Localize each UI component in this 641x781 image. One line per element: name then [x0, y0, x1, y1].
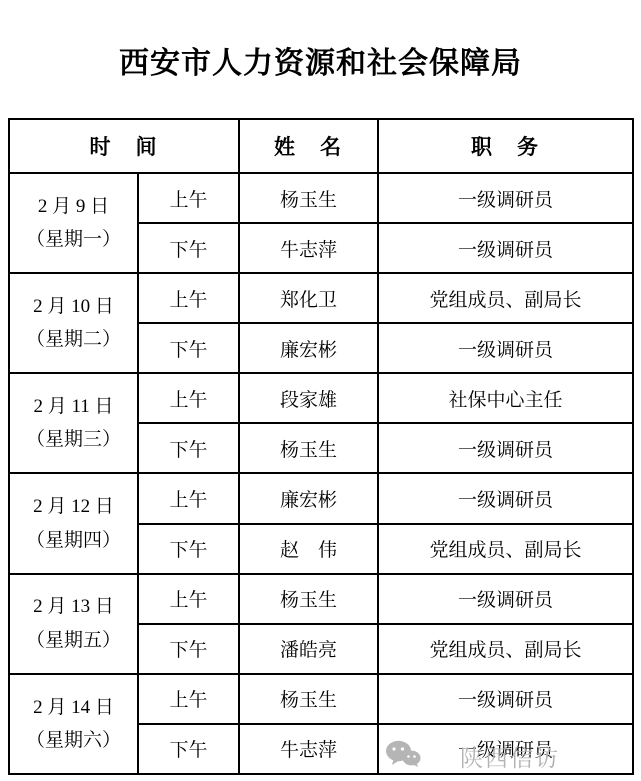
weekday-text: （星期四）: [10, 524, 137, 557]
position-cell: 一级调研员: [378, 674, 633, 724]
date-cell: 2 月 10 日 （星期二）: [9, 273, 138, 373]
period-cell: 下午: [138, 724, 239, 774]
header-name: 姓 名: [239, 119, 378, 173]
name-cell: 赵 伟: [239, 524, 378, 574]
table-row: 2 月 9 日 （星期一） 上午 杨玉生 一级调研员: [9, 173, 633, 223]
period-cell: 下午: [138, 223, 239, 273]
name-cell: 牛志萍: [239, 724, 378, 774]
table-row: 2 月 14 日 （星期六） 上午 杨玉生 一级调研员: [9, 674, 633, 724]
header-time: 时 间: [9, 119, 239, 173]
weekday-text: （星期一）: [10, 223, 137, 256]
name-cell: 杨玉生: [239, 423, 378, 473]
period-cell: 上午: [138, 373, 239, 423]
date-text: 2 月 14 日: [10, 691, 137, 724]
table-row: 2 月 11 日 （星期三） 上午 段家雄 社保中心主任: [9, 373, 633, 423]
position-cell: 一级调研员: [378, 173, 633, 223]
schedule-table: 时 间 姓 名 职 务 2 月 9 日 （星期一） 上午 杨玉生 一级调研员 下…: [8, 118, 634, 775]
position-cell: 一级调研员: [378, 423, 633, 473]
weekday-text: （星期五）: [10, 624, 137, 657]
position-cell: 党组成员、副局长: [378, 524, 633, 574]
name-cell: 潘皓亮: [239, 624, 378, 674]
date-cell: 2 月 12 日 （星期四）: [9, 473, 138, 573]
position-cell: 一级调研员: [378, 323, 633, 373]
period-cell: 下午: [138, 624, 239, 674]
name-cell: 段家雄: [239, 373, 378, 423]
name-cell: 廉宏彬: [239, 323, 378, 373]
name-cell: 杨玉生: [239, 173, 378, 223]
weekday-text: （星期六）: [10, 724, 137, 757]
date-cell: 2 月 13 日 （星期五）: [9, 574, 138, 674]
period-cell: 上午: [138, 473, 239, 523]
table-row: 2 月 13 日 （星期五） 上午 杨玉生 一级调研员: [9, 574, 633, 624]
name-cell: 杨玉生: [239, 574, 378, 624]
page-title: 西安市人力资源和社会保障局: [0, 38, 641, 82]
position-cell: 党组成员、副局长: [378, 624, 633, 674]
table-row: 2 月 12 日 （星期四） 上午 廉宏彬 一级调研员: [9, 473, 633, 523]
date-cell: 2 月 11 日 （星期三）: [9, 373, 138, 473]
period-cell: 下午: [138, 423, 239, 473]
period-cell: 上午: [138, 574, 239, 624]
header-position: 职 务: [378, 119, 633, 173]
period-cell: 上午: [138, 173, 239, 223]
period-cell: 上午: [138, 674, 239, 724]
date-cell: 2 月 9 日 （星期一）: [9, 173, 138, 273]
position-cell: 党组成员、副局长: [378, 273, 633, 323]
date-text: 2 月 13 日: [10, 590, 137, 623]
table-row: 2 月 10 日 （星期二） 上午 郑化卫 党组成员、副局长: [9, 273, 633, 323]
weekday-text: （星期二）: [10, 323, 137, 356]
position-cell: 一级调研员: [378, 574, 633, 624]
position-cell: 一级调研员: [378, 223, 633, 273]
name-cell: 郑化卫: [239, 273, 378, 323]
weekday-text: （星期三）: [10, 423, 137, 456]
position-cell: 社保中心主任: [378, 373, 633, 423]
position-cell: 一级调研员: [378, 473, 633, 523]
name-cell: 杨玉生: [239, 674, 378, 724]
date-text: 2 月 10 日: [10, 290, 137, 323]
date-cell: 2 月 14 日 （星期六）: [9, 674, 138, 774]
name-cell: 牛志萍: [239, 223, 378, 273]
header-row: 时 间 姓 名 职 务: [9, 119, 633, 173]
date-text: 2 月 9 日: [10, 190, 137, 223]
period-cell: 上午: [138, 273, 239, 323]
document-page: 西安市人力资源和社会保障局 时 间 姓 名 职 务 2 月 9 日 （星期一） …: [0, 0, 641, 781]
period-cell: 下午: [138, 524, 239, 574]
position-cell: 一级调研员: [378, 724, 633, 774]
name-cell: 廉宏彬: [239, 473, 378, 523]
date-text: 2 月 12 日: [10, 490, 137, 523]
period-cell: 下午: [138, 323, 239, 373]
date-text: 2 月 11 日: [10, 390, 137, 423]
